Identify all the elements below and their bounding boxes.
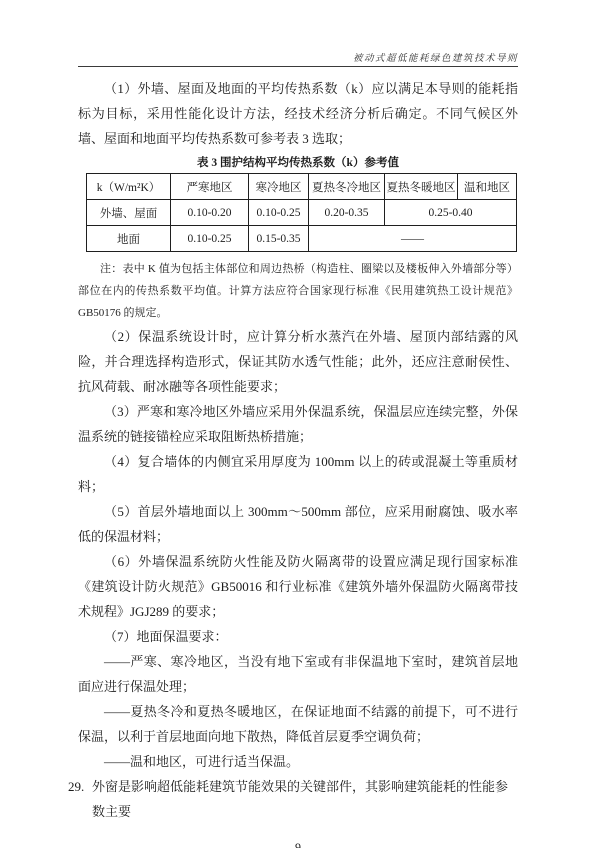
paragraph-4: （4）复合墙体的内侧宜采用厚度为 100mm 以上的砖或混凝土等重质材料；: [78, 449, 518, 499]
table-caption: 表 3 围护结构平均传热系数（k）参考值: [78, 154, 518, 173]
row-label-cell: 外墙、屋面: [87, 200, 171, 226]
table-row: 地面 0.10-0.25 0.15-0.35 ——: [87, 226, 517, 252]
dash-item-1: ——严寒、寒冷地区，当没有地下室或有非保温地下室时，建筑首层地面应进行保温处理；: [78, 649, 518, 699]
page-number: 9: [78, 840, 518, 848]
value-cell: 0.20-0.35: [309, 200, 385, 226]
table-note: 注：表中 K 值为包括主体部位和周边热桥（构造柱、圈梁以及楼板伸入外墙部分等）部…: [78, 258, 518, 324]
paragraph-5: （5）首层外墙地面以上 300mm～500mm 部位，应采用耐腐蚀、吸水率低的保…: [78, 499, 518, 549]
paragraph-2: （2）保温系统设计时，应计算分析水蒸汽在外墙、屋顶内部结露的风险，并合理选择构造…: [78, 324, 518, 399]
dash-item-2: ——夏热冬冷和夏热冬暖地区，在保证地面不结露的前提下，可不进行保温，以利于首层地…: [78, 699, 518, 749]
row-label-cell: 地面: [87, 226, 171, 252]
table-header-cell: 严寒地区: [171, 174, 249, 200]
page-content: 被动式超低能耗绿色建筑技术导则 （1）外墙、屋面及地面的平均传热系数（k）应以满…: [78, 50, 518, 848]
value-cell: 0.15-0.35: [249, 226, 309, 252]
table-header-cell: 夏热冬冷地区: [309, 174, 385, 200]
heat-transfer-table: k（W/m²K） 严寒地区 寒冷地区 夏热冬冷地区 夏热冬暖地区 温和地区 外墙…: [86, 173, 517, 252]
table-header-cell: k（W/m²K）: [87, 174, 171, 200]
paragraph-3: （3）严寒和寒冷地区外墙应采用外保温系统，保温层应连续完整，外保温系统的链接锚栓…: [78, 399, 518, 449]
value-cell: ——: [309, 226, 517, 252]
table-header-row: k（W/m²K） 严寒地区 寒冷地区 夏热冬冷地区 夏热冬暖地区 温和地区: [87, 174, 517, 200]
table-row: 外墙、屋面 0.10-0.20 0.10-0.25 0.20-0.35 0.25…: [87, 200, 517, 226]
paragraph-1: （1）外墙、屋面及地面的平均传热系数（k）应以满足本导则的能耗指标为目标，采用性…: [78, 76, 518, 151]
table-header-cell: 寒冷地区: [249, 174, 309, 200]
value-cell: 0.10-0.25: [249, 200, 309, 226]
paragraph-6: （6）外墙保温系统防火性能及防火隔离带的设置应满足现行国家标准《建筑设计防火规范…: [78, 549, 518, 624]
table-header-cell: 温和地区: [458, 174, 517, 200]
list-item-29-text: 外窗是影响超低能耗建筑节能效果的关键部件，其影响建筑能耗的性能参数主要: [92, 774, 518, 824]
dash-item-3: ——温和地区，可进行适当保温。: [78, 749, 518, 774]
value-cell: 0.10-0.20: [171, 200, 249, 226]
value-cell: 0.25-0.40: [385, 200, 517, 226]
list-item-29: 29. 外窗是影响超低能耗建筑节能效果的关键部件，其影响建筑能耗的性能参数主要: [68, 774, 518, 824]
running-header: 被动式超低能耗绿色建筑技术导则: [78, 50, 518, 67]
list-item-29-number: 29.: [68, 774, 92, 824]
paragraph-7: （7）地面保温要求：: [78, 624, 518, 649]
table-header-cell: 夏热冬暖地区: [385, 174, 458, 200]
value-cell: 0.10-0.25: [171, 226, 249, 252]
